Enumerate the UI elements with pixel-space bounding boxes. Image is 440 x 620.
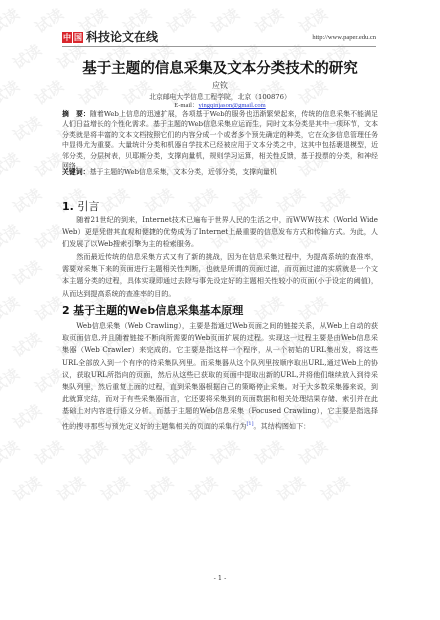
- section-1-paragraph-2: 然而最近传统的信息采集方式又有了新的挑战，因为在信息采集过程中，为提高系统的查准…: [62, 251, 378, 300]
- keywords: 关键词：基于主题的Web信息采集，文本分类，近邻分类，支撑向量机: [62, 167, 378, 177]
- section-number: 2: [62, 304, 70, 317]
- paragraph-text-tail: 。其结构图如下：: [254, 421, 311, 430]
- author-email-line: E-mail：yingqinjason@gmail.com: [0, 100, 440, 109]
- section-heading-1: 1. 引言: [62, 198, 99, 214]
- section-title-bold: Web: [128, 304, 155, 317]
- abstract: 摘 要：随着Web上信息的迅速扩展，各项基于Web的服务也迅渐繁荣起来，传统的信…: [62, 109, 378, 171]
- keywords-label: 关键词：: [62, 168, 90, 176]
- section-title-pre: 基于主题的: [73, 304, 128, 317]
- paragraph-text: Web信息采集（Web Crawling），主要是指通过Web页面之间的链接关系…: [62, 321, 378, 430]
- keywords-text: 基于主题的Web信息采集，文本分类，近邻分类，支撑向量机: [90, 168, 277, 176]
- section-1-paragraph-1: 随着21世纪的到来，Internet技术已遍布于世界人民的生活之中，而WWW技术…: [62, 214, 378, 251]
- logo-box-guo: 国: [73, 32, 83, 43]
- section-title: 引言: [77, 200, 99, 213]
- citation-link[interactable]: [1]: [246, 421, 253, 427]
- section-number: 1.: [62, 200, 74, 213]
- abstract-text: 随着Web上信息的迅速扩展，各项基于Web的服务也迅渐繁荣起来，传统的信息采集不…: [62, 110, 378, 170]
- email-link[interactable]: yingqinjason@gmail.com: [199, 102, 266, 109]
- logo-box-zhong: 中: [62, 32, 72, 43]
- paper-title: 基于主题的信息采集及文本分类技术的研究: [0, 57, 440, 78]
- abstract-label: 摘 要：: [62, 110, 90, 118]
- paper-author: 应钦: [0, 80, 440, 91]
- paper-page: 中 国 科技论文在线 http://www.paper.edu.cn 基于主题的…: [0, 0, 440, 620]
- email-label: E-mail：: [174, 102, 198, 109]
- logo-text: 科技论文在线: [86, 30, 158, 44]
- journal-logo: 中 国 科技论文在线: [62, 30, 158, 44]
- section-2-paragraph-1: Web信息采集（Web Crawling），主要是指通过Web页面之间的链接关系…: [62, 320, 378, 432]
- journal-header: 中 国 科技论文在线 http://www.paper.edu.cn: [62, 30, 376, 47]
- section-heading-2: 2 基于主题的Web信息采集基本原理: [62, 302, 243, 318]
- journal-url[interactable]: http://www.paper.edu.cn: [312, 34, 376, 41]
- section-title-post: 信息采集基本原理: [155, 304, 243, 317]
- page-number: - 1 -: [0, 574, 440, 582]
